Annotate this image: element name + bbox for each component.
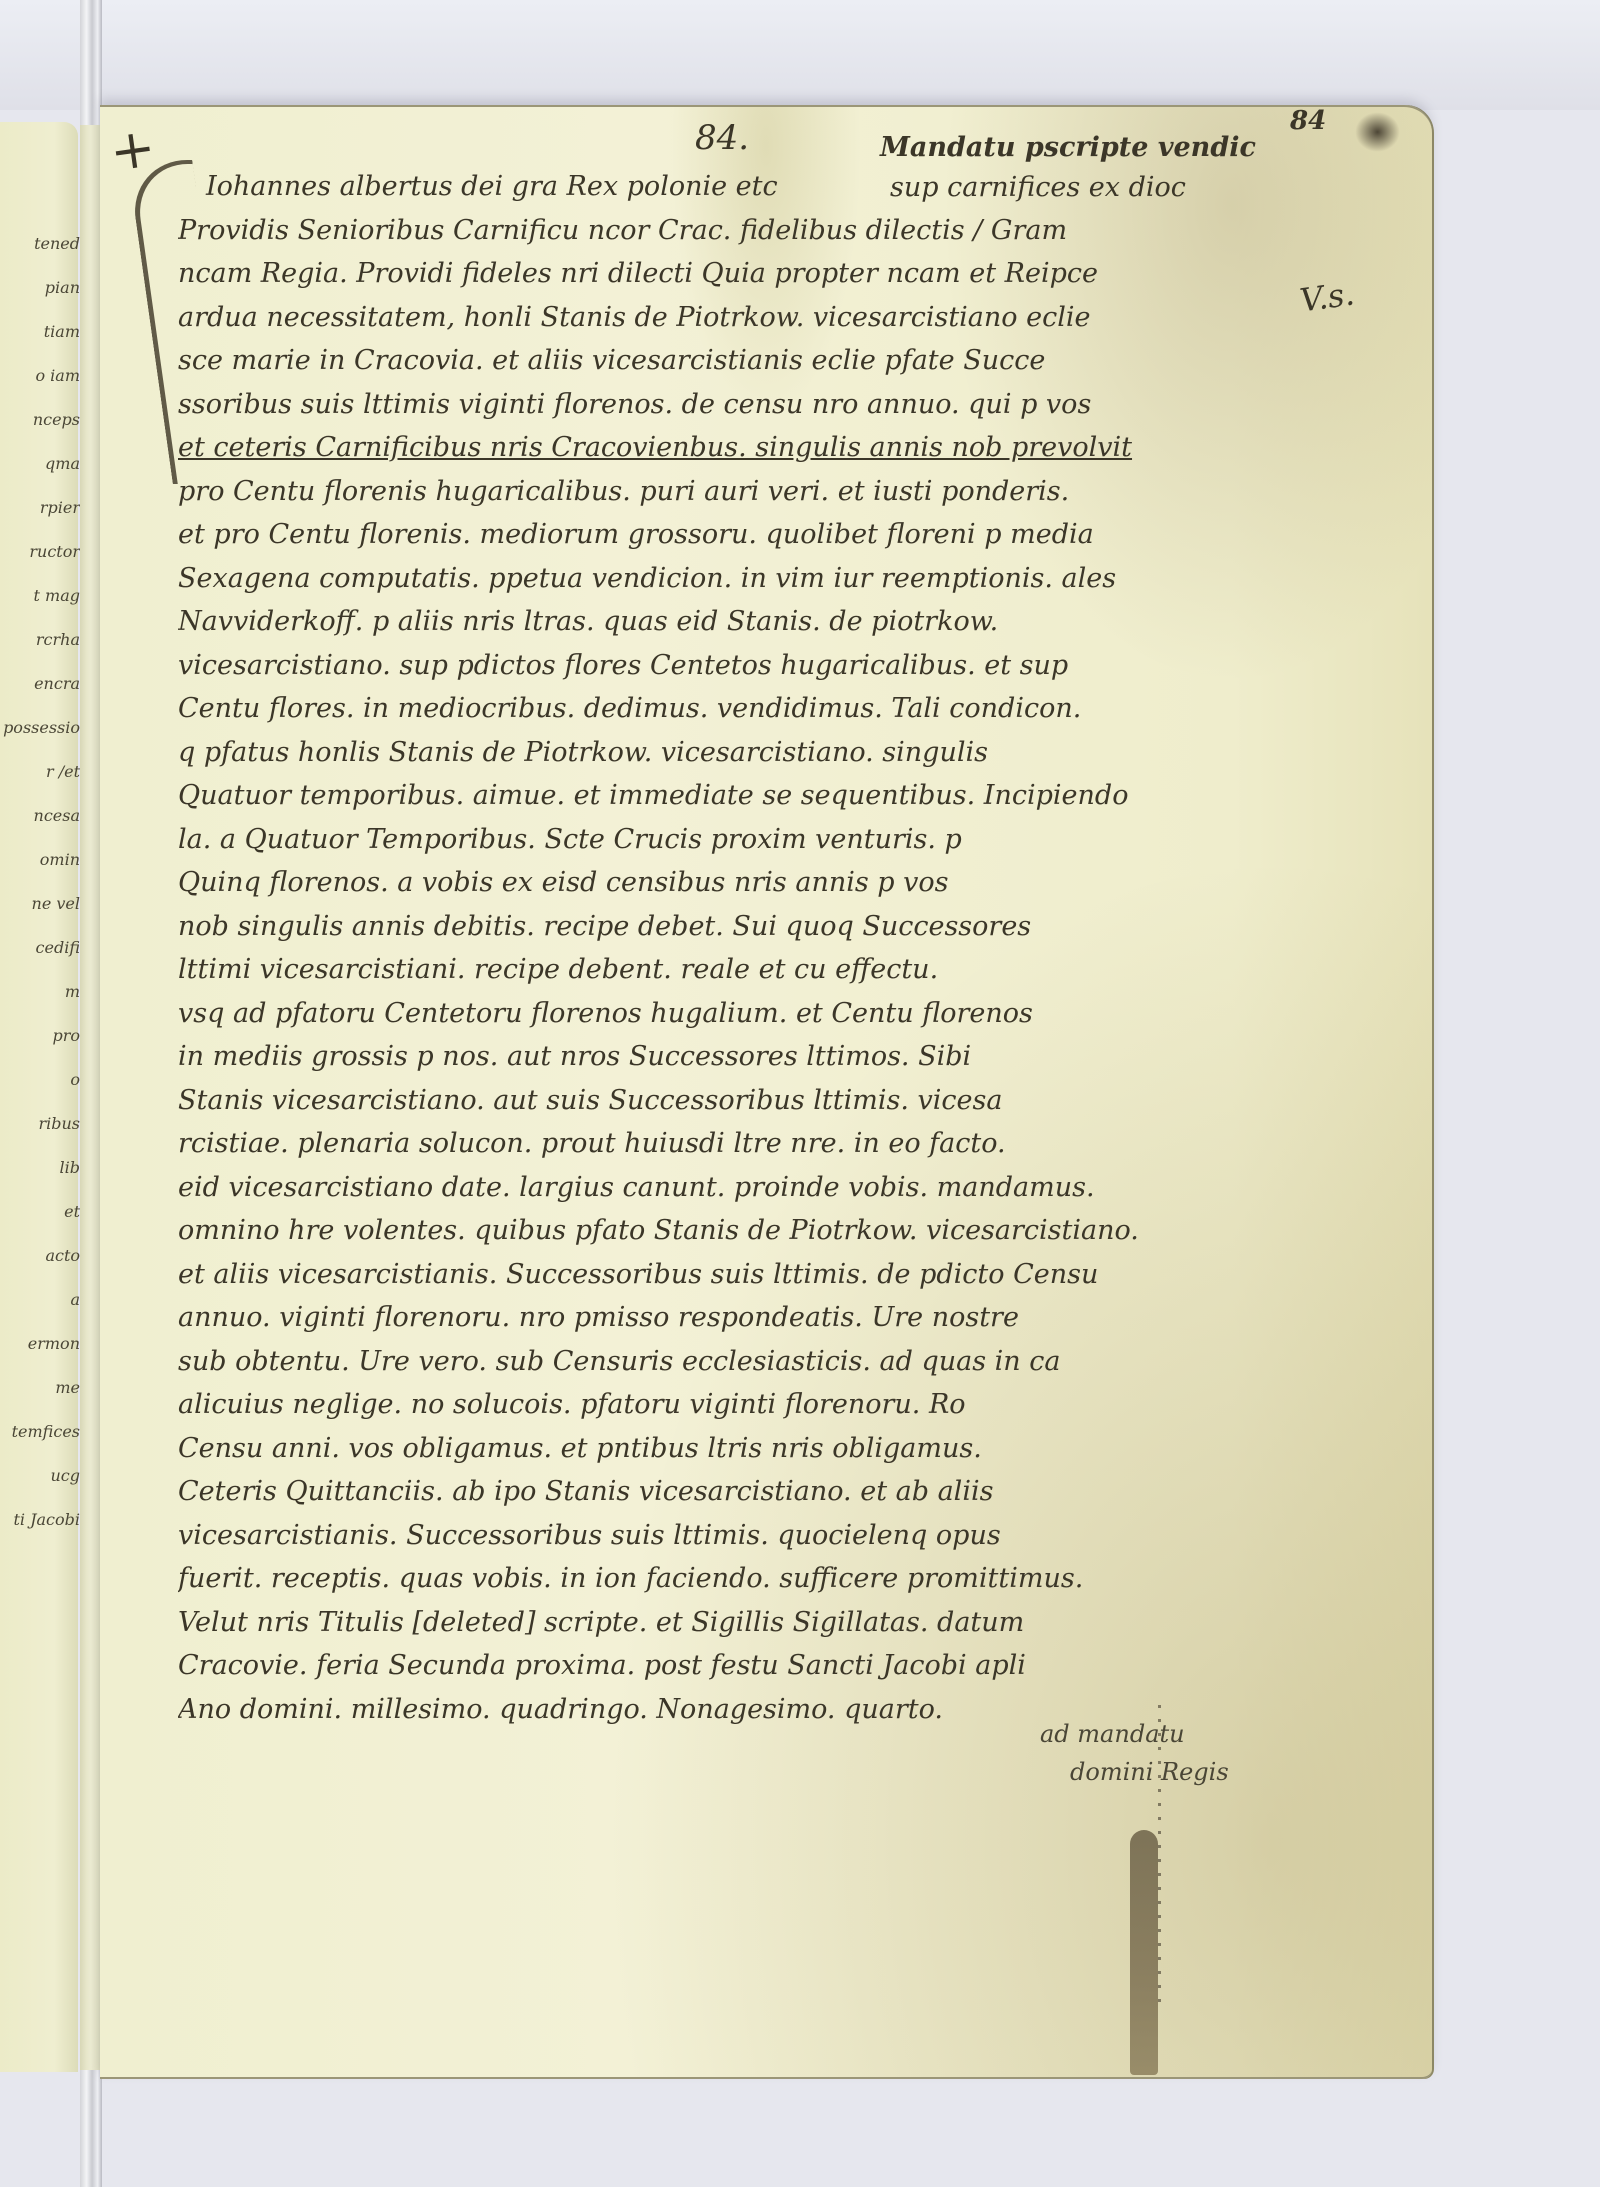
facing-page: tenedpiantiamo iamncepsqmarpierructort m… [0, 122, 78, 2072]
margin-fragment: ructor [2, 530, 80, 574]
text-line: Centu flores. in mediocribus. dedimus. v… [178, 687, 1348, 731]
margin-fragment: omin [2, 838, 80, 882]
margin-fragment: ncesa [2, 794, 80, 838]
text-line: Sexagena computatis. ppetua vendicion. i… [178, 557, 1348, 601]
margin-fragment: m [2, 970, 80, 1014]
margin-fragment: ermon [2, 1322, 80, 1366]
margin-fragment: rpier [2, 486, 80, 530]
text-line: Iohannes albertus dei gra Rex polonie et… [178, 165, 1348, 209]
text-line: Stanis vicesarcistiano. aut suis Success… [178, 1079, 1348, 1123]
text-line: rcistiae. plenaria solucon. prout huiusd… [178, 1122, 1348, 1166]
text-line: annuo. viginti florenoru. nro pmisso res… [178, 1296, 1348, 1340]
margin-fragment: cedifi [2, 926, 80, 970]
margin-fragment: tiam [2, 310, 80, 354]
text-line: alicuius neglige. no solucois. pfatoru v… [178, 1383, 1348, 1427]
scan-background [0, 0, 1600, 110]
margin-fragment: o [2, 1058, 80, 1102]
text-line: ncam Regia. Providi fideles nri dilecti … [178, 252, 1348, 296]
margin-fragment: ucg [2, 1454, 80, 1498]
margin-fragment: possessio [2, 706, 80, 750]
margin-fragment: ribus [2, 1102, 80, 1146]
signature-block: ad mandatu domini Regis [1040, 1715, 1229, 1791]
folio-number-corner: 84 [1290, 106, 1326, 136]
text-line: Quatuor temporibus. aimue. et immediate … [178, 774, 1348, 818]
text-line: Quinq florenos. a vobis ex eisd censibus… [178, 861, 1348, 905]
signature-line: ad mandatu [1040, 1715, 1229, 1753]
text-line: vsq ad pfatoru Centetoru florenos hugali… [178, 992, 1348, 1036]
margin-fragment: r /et [2, 750, 80, 794]
text-line: lttimi vicesarcistiani. recipe debent. r… [178, 948, 1348, 992]
margin-fragment: et [2, 1190, 80, 1234]
marginal-note: V.s. [1298, 274, 1357, 319]
text-line: et aliis vicesarcistianis. Successoribus… [178, 1253, 1348, 1297]
margin-fragment: qma [2, 442, 80, 486]
folio-number: 84. [695, 118, 749, 158]
margin-fragment: pro [2, 1014, 80, 1058]
margin-fragment: me [2, 1366, 80, 1410]
margin-fragment: temfices [2, 1410, 80, 1454]
text-line: vicesarcistiano. sup pdictos flores Cent… [178, 644, 1348, 688]
text-line: la. a Quatuor Temporibus. Scte Crucis pr… [178, 818, 1348, 862]
text-line: sce marie in Cracovia. et aliis vicesarc… [178, 339, 1348, 383]
corner-smudge [1355, 112, 1400, 152]
margin-fragment: o iam [2, 354, 80, 398]
facing-page-margin-text: tenedpiantiamo iamncepsqmarpierructort m… [2, 222, 80, 1542]
text-line: Velut nris Titulis [deleted] scripte. et… [178, 1601, 1348, 1645]
text-line: Ceteris Quittanciis. ab ipo Stanis vices… [178, 1470, 1348, 1514]
text-line: ssoribus suis lttimis viginti florenos. … [178, 383, 1348, 427]
text-line: pro Centu florenis hugaricalibus. puri a… [178, 470, 1348, 514]
margin-fragment: pian [2, 266, 80, 310]
text-line: sub obtentu. Ure vero. sub Censuris eccl… [178, 1340, 1348, 1384]
ink-stain [1130, 1830, 1158, 2075]
margin-fragment: ti Jacobi [2, 1498, 80, 1542]
text-line: fuerit. receptis. quas vobis. in ion fac… [178, 1557, 1348, 1601]
text-line: vicesarcistianis. Successoribus suis ltt… [178, 1514, 1348, 1558]
margin-fragment: encra [2, 662, 80, 706]
margin-fragment: a [2, 1278, 80, 1322]
margin-fragment: lib [2, 1146, 80, 1190]
margin-fragment: rcrha [2, 618, 80, 662]
rubric-line: Mandatu pscripte vendic [880, 128, 1256, 168]
text-line: omnino hre volentes. quibus pfato Stanis… [178, 1209, 1348, 1253]
text-line: Navviderkoff. p aliis nris ltras. quas e… [178, 600, 1348, 644]
text-line: q pfatus honlis Stanis de Piotrkow. vice… [178, 731, 1348, 775]
margin-fragment: ne vel [2, 882, 80, 926]
text-line: et pro Centu florenis. mediorum grossoru… [178, 513, 1348, 557]
signature-line: domini Regis [1040, 1753, 1229, 1791]
text-line: nob singulis annis debitis. recipe debet… [178, 905, 1348, 949]
text-line: ardua necessitatem, honli Stanis de Piot… [178, 296, 1348, 340]
charter-text: Iohannes albertus dei gra Rex polonie et… [178, 165, 1348, 1731]
text-line: Censu anni. vos obligamus. et pntibus lt… [178, 1427, 1348, 1471]
margin-fragment: t mag [2, 574, 80, 618]
margin-fragment: nceps [2, 398, 80, 442]
gutter-page-edge [80, 125, 102, 2070]
margin-fragment: acto [2, 1234, 80, 1278]
text-line: et ceteris Carnificibus nris Cracovienbu… [178, 426, 1348, 470]
text-line: Providis Senioribus Carnificu ncor Crac.… [178, 209, 1348, 253]
text-line: in mediis grossis p nos. aut nros Succes… [178, 1035, 1348, 1079]
margin-fragment: tened [2, 222, 80, 266]
text-line: Cracovie. feria Secunda proxima. post fe… [178, 1644, 1348, 1688]
text-line: eid vicesarcistiano date. largius canunt… [178, 1166, 1348, 1210]
